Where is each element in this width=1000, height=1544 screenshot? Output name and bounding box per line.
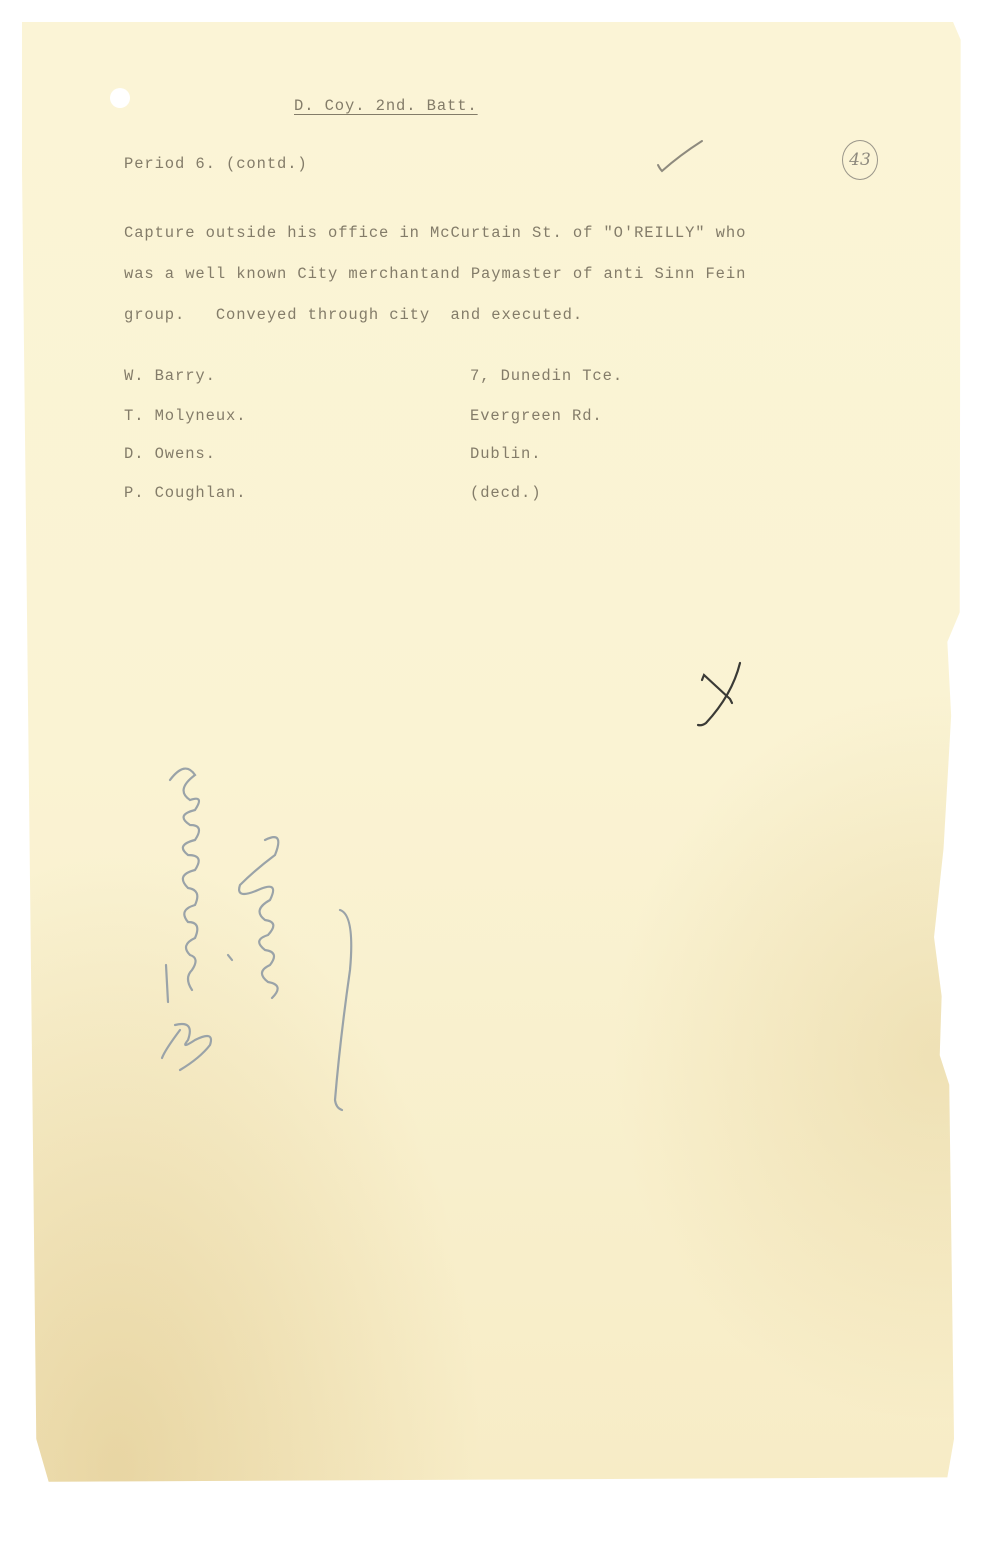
paragraph-line: Capture outside his office in McCurtain …: [124, 213, 746, 254]
period-label: Period 6. (contd.): [124, 155, 308, 173]
checkmark-icon: [650, 135, 710, 180]
personnel-name: D. Owens.: [124, 445, 216, 463]
x-mark-icon: [690, 655, 750, 735]
narrative-paragraph: Capture outside his office in McCurtain …: [124, 213, 746, 336]
personnel-address: Evergreen Rd.: [470, 407, 603, 425]
paragraph-line: group. Conveyed through city and execute…: [124, 295, 746, 336]
personnel-address: 7, Dunedin Tce.: [470, 367, 623, 385]
personnel-name: T. Molyneux.: [124, 407, 246, 425]
personnel-name: P. Coughlan.: [124, 484, 246, 502]
pencil-handwriting: [140, 740, 380, 1120]
document-heading: D. Coy. 2nd. Batt.: [294, 97, 478, 115]
personnel-address: Dublin.: [470, 445, 541, 463]
folio-number: 43: [842, 140, 878, 180]
punch-hole: [110, 88, 130, 108]
paragraph-line: was a well known City merchantand Paymas…: [124, 254, 746, 295]
personnel-name: W. Barry.: [124, 367, 216, 385]
personnel-address: (decd.): [470, 484, 541, 502]
